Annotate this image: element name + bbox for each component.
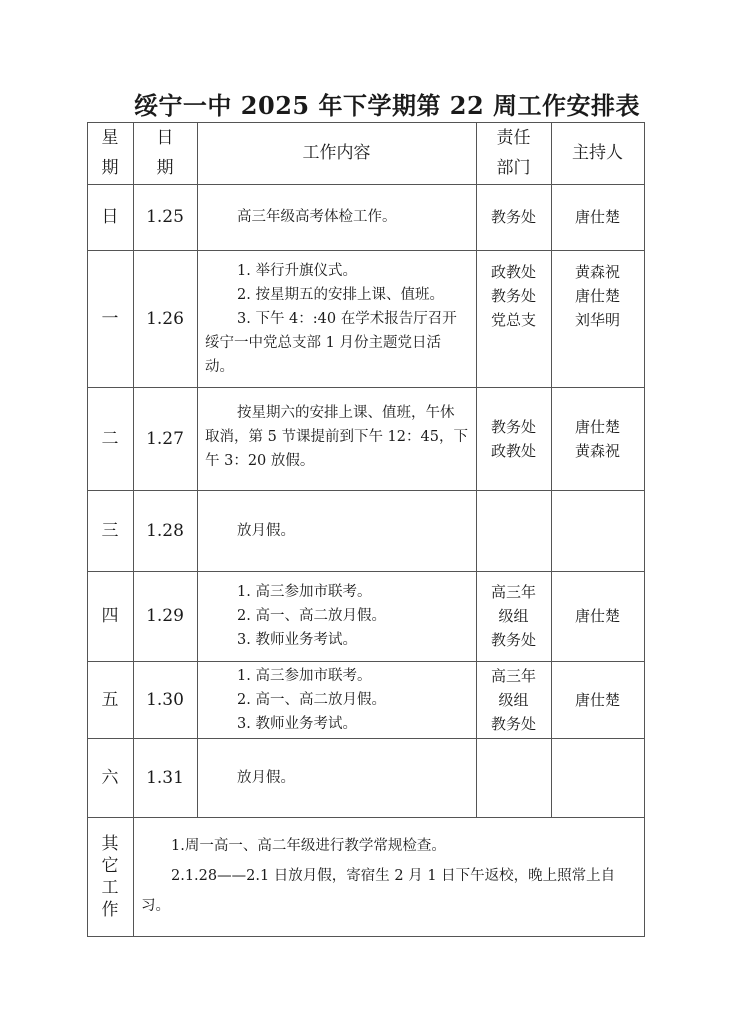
row-dept: 高三年 级组 教务处	[476, 571, 551, 661]
header-date-line1: 日	[157, 123, 174, 153]
row-host: 唐仕楚	[551, 661, 644, 738]
dept-text: 教务处	[491, 628, 536, 652]
row-host: 唐仕楚	[551, 571, 644, 661]
date-text: 1.27	[146, 427, 184, 451]
row-date: 1.29	[133, 571, 197, 661]
row-host	[551, 738, 644, 817]
weekday-text: 二	[102, 427, 119, 451]
date-text: 1.29	[146, 604, 184, 628]
row-dept: 高三年 级组 教务处	[476, 661, 551, 738]
other-label-char: 其	[102, 833, 119, 855]
dept-text: 政教处	[491, 260, 536, 284]
other-item: 1.周一高一、高二年级进行教学常规检查。	[141, 831, 636, 861]
row-date: 1.28	[133, 490, 197, 571]
row-dept: 政教处 教务处 党总支	[476, 250, 551, 387]
row-weekday: 二	[87, 387, 133, 490]
row-date: 1.26	[133, 250, 197, 387]
table-border-bottom	[87, 936, 645, 937]
row-date: 1.25	[133, 184, 197, 250]
content-line: 按星期六的安排上课、值班，午休取消，第 5 节课提前到下午 12：45，下午 3…	[205, 401, 468, 473]
table-border-right	[644, 122, 645, 937]
content-line: 2. 按星期五的安排上课、值班。	[205, 283, 468, 307]
content-line: 3. 下午 4：:40 在学术报告厅召开绥宁一中党总支部 1 月份主题党日活动。	[205, 307, 468, 379]
page-title: 绥宁一中 2025 年下学期第 22 周工作安排表	[0, 86, 744, 121]
row-content: 高三年级高考体检工作。	[197, 184, 476, 250]
content-line: 2. 高一、高二放月假。	[205, 604, 468, 628]
header-weekday: 星 期	[87, 122, 133, 184]
content-line: 1. 高三参加市联考。	[205, 664, 468, 688]
row-host: 黄森祝 唐仕楚 刘华明	[551, 250, 644, 387]
header-dept: 责任 部门	[476, 122, 551, 184]
row-content: 1. 高三参加市联考。 2. 高一、高二放月假。 3. 教师业务考试。	[197, 661, 476, 738]
row-weekday: 三	[87, 490, 133, 571]
row-content: 按星期六的安排上课、值班，午休取消，第 5 节课提前到下午 12：45，下午 3…	[197, 387, 476, 490]
row-weekday: 六	[87, 738, 133, 817]
host-text: 唐仕楚	[575, 604, 620, 628]
row-weekday: 四	[87, 571, 133, 661]
weekday-text: 六	[102, 766, 119, 790]
content-line: 3. 教师业务考试。	[205, 628, 468, 652]
content-line: 1. 高三参加市联考。	[205, 580, 468, 604]
date-text: 1.26	[146, 307, 184, 331]
dept-text: 教务处	[491, 415, 536, 439]
weekday-text: 五	[102, 688, 119, 712]
header-dept-line2: 部门	[497, 153, 531, 183]
weekday-text: 三	[102, 519, 119, 543]
row-content: 放月假。	[197, 490, 476, 571]
row-content: 1. 举行升旗仪式。 2. 按星期五的安排上课、值班。 3. 下午 4：:40 …	[197, 250, 476, 387]
date-text: 1.31	[146, 766, 184, 790]
header-date: 日 期	[133, 122, 197, 184]
header-dept-line1: 责任	[497, 123, 531, 153]
header-weekday-line2: 期	[102, 153, 119, 183]
row-dept	[476, 490, 551, 571]
schedule-table: 星 期 日 期 工作内容 责任 部门 主持人 日 1.25 高三年级高考体检工作…	[87, 122, 645, 937]
content-line: 2. 高一、高二放月假。	[205, 688, 468, 712]
row-date: 1.30	[133, 661, 197, 738]
weekday-text: 四	[102, 604, 119, 628]
dept-text: 教务处	[491, 284, 536, 308]
other-item: 2.1.28——2.1 日放月假，寄宿生 2 月 1 日下午返校，晚上照常上自习…	[141, 861, 636, 921]
dept-text: 党总支	[491, 308, 536, 332]
date-text: 1.30	[146, 688, 184, 712]
content-line: 1. 举行升旗仪式。	[205, 259, 468, 283]
host-text: 黄森祝	[575, 260, 620, 284]
other-label-char: 作	[102, 899, 119, 921]
header-content: 工作内容	[197, 122, 476, 184]
weekday-text: 日	[102, 205, 119, 229]
other-content: 1.周一高一、高二年级进行教学常规检查。 2.1.28——2.1 日放月假，寄宿…	[133, 817, 644, 936]
header-weekday-line1: 星	[102, 123, 119, 153]
row-weekday: 一	[87, 250, 133, 387]
row-dept	[476, 738, 551, 817]
dept-text: 级组	[498, 604, 528, 628]
header-host: 主持人	[551, 122, 644, 184]
other-label: 其 它 工 作	[87, 817, 133, 936]
row-dept: 教务处	[476, 184, 551, 250]
dept-text: 教务处	[491, 205, 536, 229]
date-text: 1.25	[146, 205, 184, 229]
content-line: 放月假。	[205, 766, 468, 790]
dept-text: 教务处	[491, 712, 536, 736]
row-date: 1.27	[133, 387, 197, 490]
row-weekday: 日	[87, 184, 133, 250]
host-text: 唐仕楚	[575, 688, 620, 712]
host-text: 唐仕楚	[575, 284, 620, 308]
row-content: 1. 高三参加市联考。 2. 高一、高二放月假。 3. 教师业务考试。	[197, 571, 476, 661]
host-text: 黄森祝	[575, 439, 620, 463]
row-date: 1.31	[133, 738, 197, 817]
dept-text: 高三年	[491, 664, 536, 688]
row-content: 放月假。	[197, 738, 476, 817]
weekday-text: 一	[102, 307, 119, 331]
dept-text: 级组	[498, 688, 528, 712]
host-text: 刘华明	[575, 308, 620, 332]
row-host: 唐仕楚 黄森祝	[551, 387, 644, 490]
content-line: 高三年级高考体检工作。	[205, 205, 468, 229]
content-line: 放月假。	[205, 519, 468, 543]
header-date-line2: 期	[157, 153, 174, 183]
content-line: 3. 教师业务考试。	[205, 712, 468, 736]
row-weekday: 五	[87, 661, 133, 738]
host-text: 唐仕楚	[575, 205, 620, 229]
dept-text: 政教处	[491, 439, 536, 463]
row-host	[551, 490, 644, 571]
row-dept: 教务处 政教处	[476, 387, 551, 490]
header-host-label: 主持人	[572, 141, 623, 165]
header-content-label: 工作内容	[303, 141, 371, 165]
other-label-char: 工	[102, 877, 119, 899]
host-text: 唐仕楚	[575, 415, 620, 439]
row-host: 唐仕楚	[551, 184, 644, 250]
dept-text: 高三年	[491, 580, 536, 604]
date-text: 1.28	[146, 519, 184, 543]
other-label-char: 它	[102, 855, 119, 877]
